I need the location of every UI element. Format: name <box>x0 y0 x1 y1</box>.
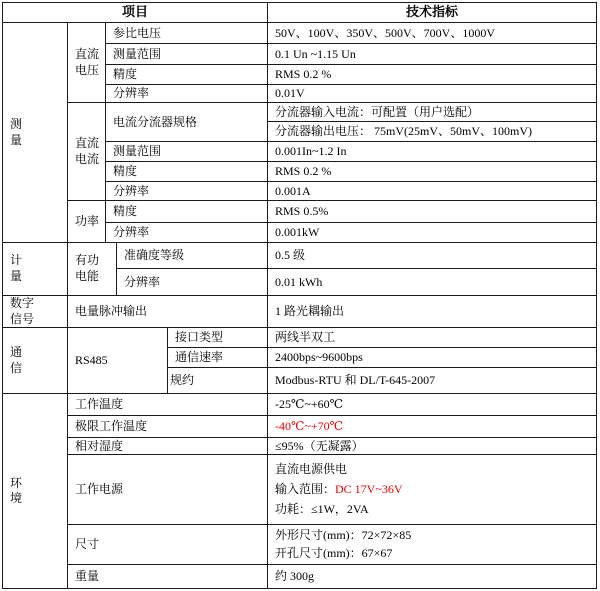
group-label-power: 功率 <box>68 201 106 243</box>
row-label: 电量脉冲输出 <box>68 296 268 328</box>
row-value-red: -40℃~+70℃ <box>268 416 597 438</box>
power-input-range: DC 17V~36V <box>335 482 403 496</box>
row-label: 分辨率 <box>106 85 268 103</box>
row-value: 0.001In~1.2 In <box>268 142 597 162</box>
row-value: 1 路光耦输出 <box>268 296 597 328</box>
header-spec: 技术指标 <box>268 3 597 23</box>
row-value: RMS 0.2 % <box>268 65 597 85</box>
row-value: 50V、100V、350V、500V、700V、1000V <box>268 23 597 44</box>
row-value: 0.01 kWh <box>268 269 597 296</box>
row-label: 分辨率 <box>106 182 268 201</box>
row-label: 精度 <box>106 201 268 223</box>
row-label: 准确度等级 <box>117 243 268 269</box>
row-label: 测量范围 <box>106 142 268 162</box>
row-value: RMS 0.5% <box>268 201 597 223</box>
row-label: 极限工作温度 <box>68 416 268 438</box>
row-value: Modbus-RTU 和 DL/T-645-2007 <box>268 368 597 394</box>
row-label: 分辨率 <box>106 223 268 243</box>
row-value: 2400bps~9600bps <box>268 348 597 368</box>
row-label: 分辨率 <box>117 269 268 296</box>
row-label: 精度 <box>106 162 268 182</box>
group-label-dc-voltage: 直流电压 <box>68 23 106 103</box>
row-value: -25℃~+60℃ <box>268 394 597 416</box>
row-value: RMS 0.2 % <box>268 162 597 182</box>
row-value: 分流器输出电压： 75mV(25mV、50mV、100mV) <box>268 122 597 142</box>
header-table: 项目 技术指标 <box>2 2 597 23</box>
size-line2: 开孔尺寸(mm)：67×67 <box>275 545 596 562</box>
row-label-shunt: 电流分流器规格 <box>106 103 268 142</box>
row-value: 0.001A <box>268 182 597 201</box>
row-value: 0.5 级 <box>268 243 597 269</box>
section-label-digital: 数字信号 <box>3 296 68 328</box>
section-label-env: 环境 <box>3 394 68 589</box>
section-label-comm: 通信 <box>3 328 68 394</box>
row-label: 测量范围 <box>106 44 268 65</box>
row-value: 0.001kW <box>268 223 597 243</box>
row-label: 尺寸 <box>68 525 268 565</box>
power-supply-line2: 输入范围：DC 17V~36V <box>275 480 596 500</box>
row-value: 约 300g <box>268 565 597 589</box>
row-value-size: 外形尺寸(mm)：72×72×85 开孔尺寸(mm)：67×67 <box>268 525 597 565</box>
row-label: 精度 <box>106 65 268 85</box>
row-value: 分流器输入电流：可配置（用户选配） <box>268 103 597 122</box>
section-label-measure: 测量 <box>3 23 68 243</box>
section-comm: 通信 RS485 接口类型 两线半双工 通信速率 2400bps~9600bps… <box>2 327 597 394</box>
row-label: 相对湿度 <box>68 438 268 455</box>
row-value: 两线半双工 <box>268 328 597 348</box>
row-label: 规约 <box>168 368 268 394</box>
section-measure: 测量 直流电压 参比电压 50V、100V、350V、500V、700V、100… <box>2 22 597 243</box>
row-label: 工作温度 <box>68 394 268 416</box>
spec-sheet: 项目 技术指标 测量 直流电压 参比电压 50V、100V、350V、500V、… <box>2 2 598 589</box>
section-metering: 计量 有功电能 准确度等级 0.5 级 分辨率 0.01 kWh <box>2 242 597 296</box>
group-label-rs485: RS485 <box>68 328 168 394</box>
section-label-metering: 计量 <box>3 243 68 296</box>
row-value: 0.1 Un ~1.15 Un <box>268 44 597 65</box>
size-line1: 外形尺寸(mm)：72×72×85 <box>275 527 596 544</box>
row-value: 0.01V <box>268 85 597 103</box>
header-item: 项目 <box>3 3 268 23</box>
row-label: 接口类型 <box>168 328 268 348</box>
power-supply-line1: 直流电源供电 <box>275 460 596 480</box>
group-label-active-energy: 有功电能 <box>68 243 117 296</box>
group-label-dc-current: 直流电流 <box>68 103 106 201</box>
section-env: 环境 工作温度 -25℃~+60℃ 极限工作温度 -40℃~+70℃ 相对湿度 … <box>2 393 597 589</box>
row-label: 工作电源 <box>68 455 268 525</box>
power-supply-line3: 功耗：≤1W，2VA <box>275 500 596 520</box>
row-label: 通信速率 <box>168 348 268 368</box>
row-label: 参比电压 <box>106 23 268 44</box>
row-value: ≤95%（无凝露） <box>268 438 597 455</box>
row-label: 重量 <box>68 565 268 589</box>
section-digital: 数字信号 电量脉冲输出 1 路光耦输出 <box>2 295 597 328</box>
row-value-power-supply: 直流电源供电 输入范围：DC 17V~36V 功耗：≤1W，2VA <box>268 455 597 525</box>
